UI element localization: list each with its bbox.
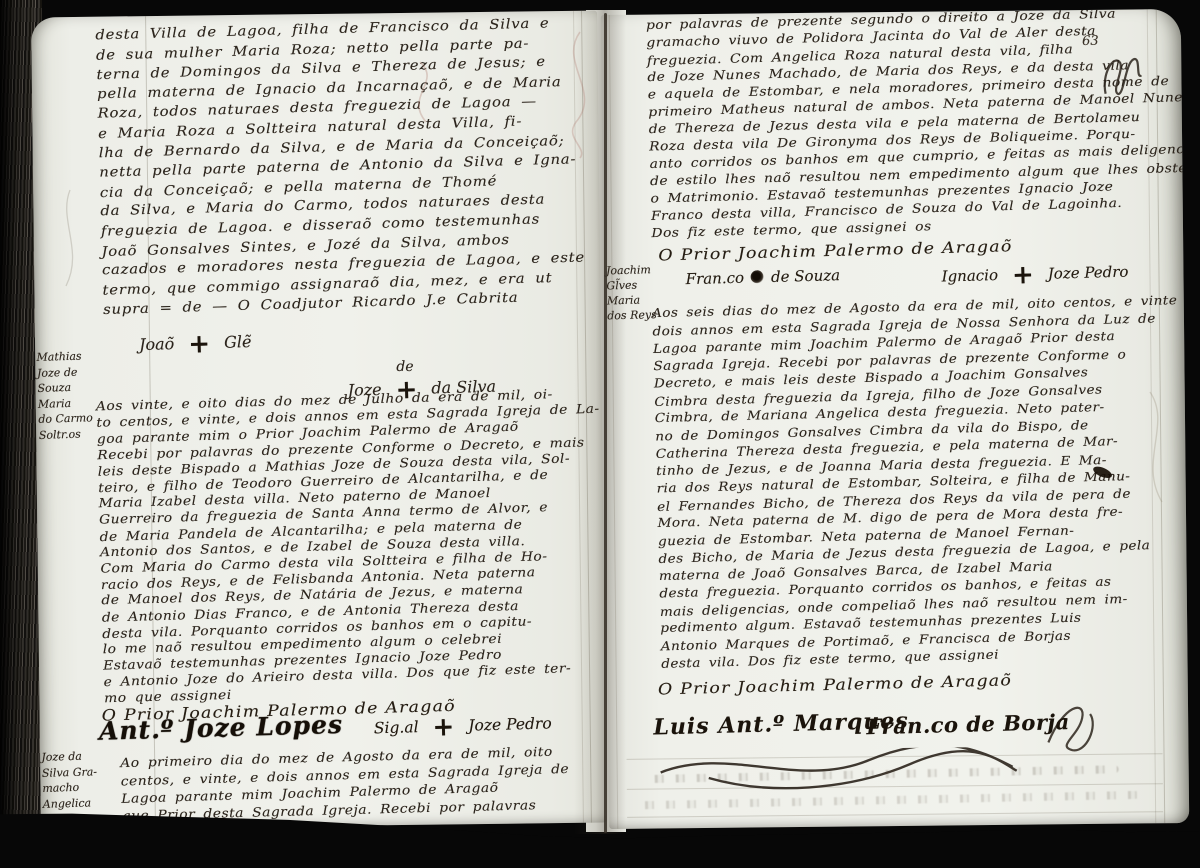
margin-note-couple-names-top: MathiasJoze deSouzaMariado CarmoSoltr.os bbox=[36, 348, 93, 443]
witness-signature-with-stamp: Fran.code Souza bbox=[685, 266, 840, 288]
handwritten-line: do Carmo bbox=[38, 410, 93, 427]
mark-name-right: Joze Pedro bbox=[1048, 263, 1129, 283]
witness-signature-bold: Ant.º Joze Lopes bbox=[99, 710, 344, 746]
right-page: 63 por palavras de prezente segundo o di… bbox=[601, 9, 1189, 829]
mark-name-right: Glẽ bbox=[224, 332, 252, 352]
mark-name-left: Joaõ bbox=[139, 334, 175, 354]
handwritten-line: Mathias bbox=[36, 348, 91, 365]
gutter-shadow bbox=[574, 10, 626, 834]
handwritten-line: Joze de bbox=[37, 364, 92, 381]
entry-marriage-record-text: Aos seis dias do mez de Agosto da era de… bbox=[652, 290, 1189, 672]
signature-paraph bbox=[1038, 696, 1109, 757]
witness-cross-mark: Ignacio+Joze Pedro bbox=[941, 263, 1128, 286]
mark-name-left: Ignacio bbox=[941, 266, 998, 285]
handwritten-line: Soltr.os bbox=[39, 426, 94, 443]
signature-name: Fran.co bbox=[685, 269, 744, 289]
mark-word-de: de bbox=[396, 359, 413, 375]
signing-cross-icon: + bbox=[188, 344, 210, 345]
handwritten-line: Souza bbox=[37, 379, 92, 396]
ink-bleedthrough bbox=[639, 791, 1139, 809]
entry-next-record-start-text: Ao primeiro dia do mez de Agosto da era … bbox=[120, 742, 570, 824]
left-page: desta Villa de Lagoa, filha de Francisco… bbox=[31, 11, 607, 830]
entry-marriage-record-text: Aos vinte, e oito dias do mez de Julho d… bbox=[96, 385, 607, 707]
signing-cross-icon: + bbox=[1012, 275, 1034, 276]
groom-signing-mark-row: Joaõ+Glẽ bbox=[139, 332, 252, 354]
signing-cross-icon: + bbox=[433, 727, 455, 728]
ink-stamp-icon bbox=[751, 270, 764, 283]
handwritten-line: macho bbox=[42, 779, 98, 796]
mark-label: Sig.al bbox=[374, 718, 419, 737]
prior-signature: O Prior Joachim Palermo de Aragaõ bbox=[658, 671, 1013, 698]
handwritten-line: Angelica bbox=[43, 795, 99, 812]
handwritten-line: Maria bbox=[38, 395, 93, 412]
handwritten-line: Silva Gra- bbox=[42, 764, 98, 781]
signature-name: de Souza bbox=[771, 266, 841, 286]
book-scan: desta Villa de Lagoa, filha de Francisco… bbox=[0, 0, 1200, 868]
entry-continuation-text: desta Villa de Lagoa, filha de Francisco… bbox=[95, 13, 586, 320]
prior-signature: O Prior Joachim Palermo de Aragaõ bbox=[658, 237, 1013, 264]
witness-cross-mark: Sig.al+Joze Pedro bbox=[374, 714, 552, 737]
horizontal-ruled-line bbox=[627, 811, 1163, 818]
spine-fold-line bbox=[604, 13, 607, 833]
entry-continuation-text: por palavras de prezente segundo o direi… bbox=[646, 9, 1189, 241]
mark-name: Joze Pedro bbox=[468, 714, 552, 734]
handwritten-line: Joze da bbox=[41, 748, 97, 765]
